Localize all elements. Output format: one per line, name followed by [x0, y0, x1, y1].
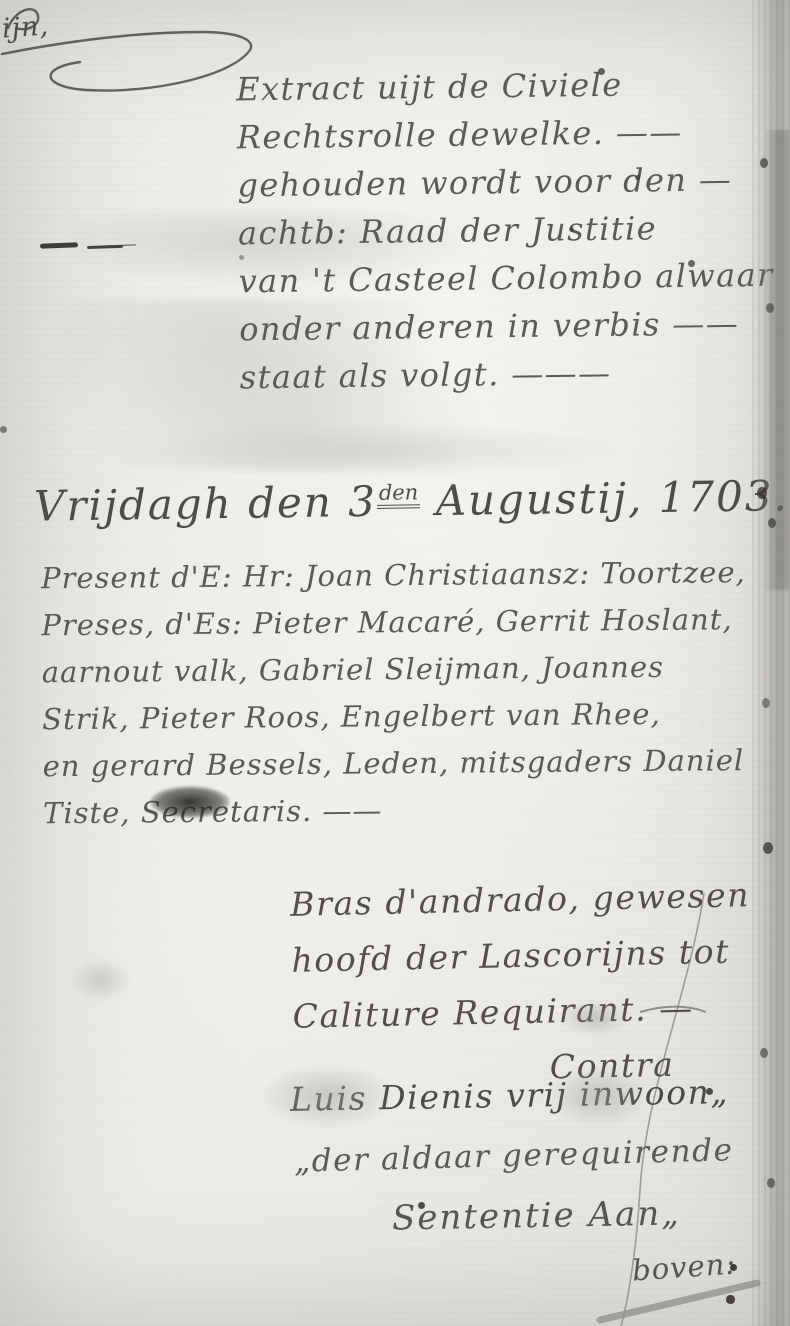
diagonal-pencil-stroke — [600, 1283, 757, 1320]
catchword: boven: — [631, 1246, 737, 1287]
requirant-line: hoofd der Lascorijns tot — [291, 923, 752, 989]
opening-line: onder anderen in verbis —— — [239, 299, 790, 354]
margin-dash-mark — [40, 242, 78, 248]
present-line: Preses, d'Es: Pieter Macaré, Gerrit Hosl… — [41, 596, 789, 650]
respondent-line: Sententie Aan„ — [392, 1193, 681, 1238]
margin-signature-fragment: ijn, — [1, 10, 50, 44]
present-paragraph: Present d'E: Hr: Joan Christiaansz: Toor… — [41, 549, 790, 838]
opening-line: Extract uijt de Civiele — [236, 59, 790, 114]
respondent-line: „der aldaar gerequirende — [294, 1132, 734, 1179]
respondent-line: Luis Dienis vrij inwoon„ — [290, 1072, 730, 1119]
bleedthrough-smudge — [90, 420, 650, 480]
present-line: Present d'E: Hr: Joan Christiaansz: Toor… — [41, 549, 789, 603]
date-ordinal-superscript: den — [377, 480, 421, 509]
paper-stain — [70, 958, 130, 1002]
requirant-line: Caliture Requirant. — — [292, 979, 753, 1045]
case-requirant-block: Bras d'andrado, gewesen hoofd der Lascor… — [290, 867, 754, 1101]
ink-specks — [0, 0, 3, 3]
present-line: en gerard Bessels, Leden, mitsgaders Dan… — [42, 737, 790, 791]
present-line: Strik, Pieter Roos, Engelbert van Rhee, — [42, 690, 790, 744]
date-prefix: Vrijdagh den 3 — [34, 477, 378, 531]
opening-line: van 't Casteel Colombo alwaar — [238, 251, 790, 306]
opening-line: gehouden wordt voor den — — [237, 155, 790, 210]
opening-line: Rechtsrolle dewelke. —— — [237, 107, 790, 162]
present-line: aarnout valk, Gabriel Sleijman, Joannes — [42, 643, 790, 697]
manuscript-page: ijn, Extract uijt de Civiele Rechtsrolle… — [0, 0, 790, 1326]
date-heading: Vrijdagh den 3den Augustij, 1703. — — [34, 470, 790, 530]
page-edge-specks — [756, 0, 760, 6]
requirant-line: Bras d'andrado, gewesen — [290, 867, 751, 933]
date-suffix: Augustij, 1703. — — [420, 470, 790, 525]
opening-paragraph: Extract uijt de Civiele Rechtsrolle dewe… — [236, 59, 790, 402]
opening-line: staat als volgt. ——— — [239, 347, 790, 402]
present-line: Tiste, Secretaris. —— — [43, 784, 790, 838]
opening-line: achtb: Raad der Justitie — [238, 203, 790, 258]
